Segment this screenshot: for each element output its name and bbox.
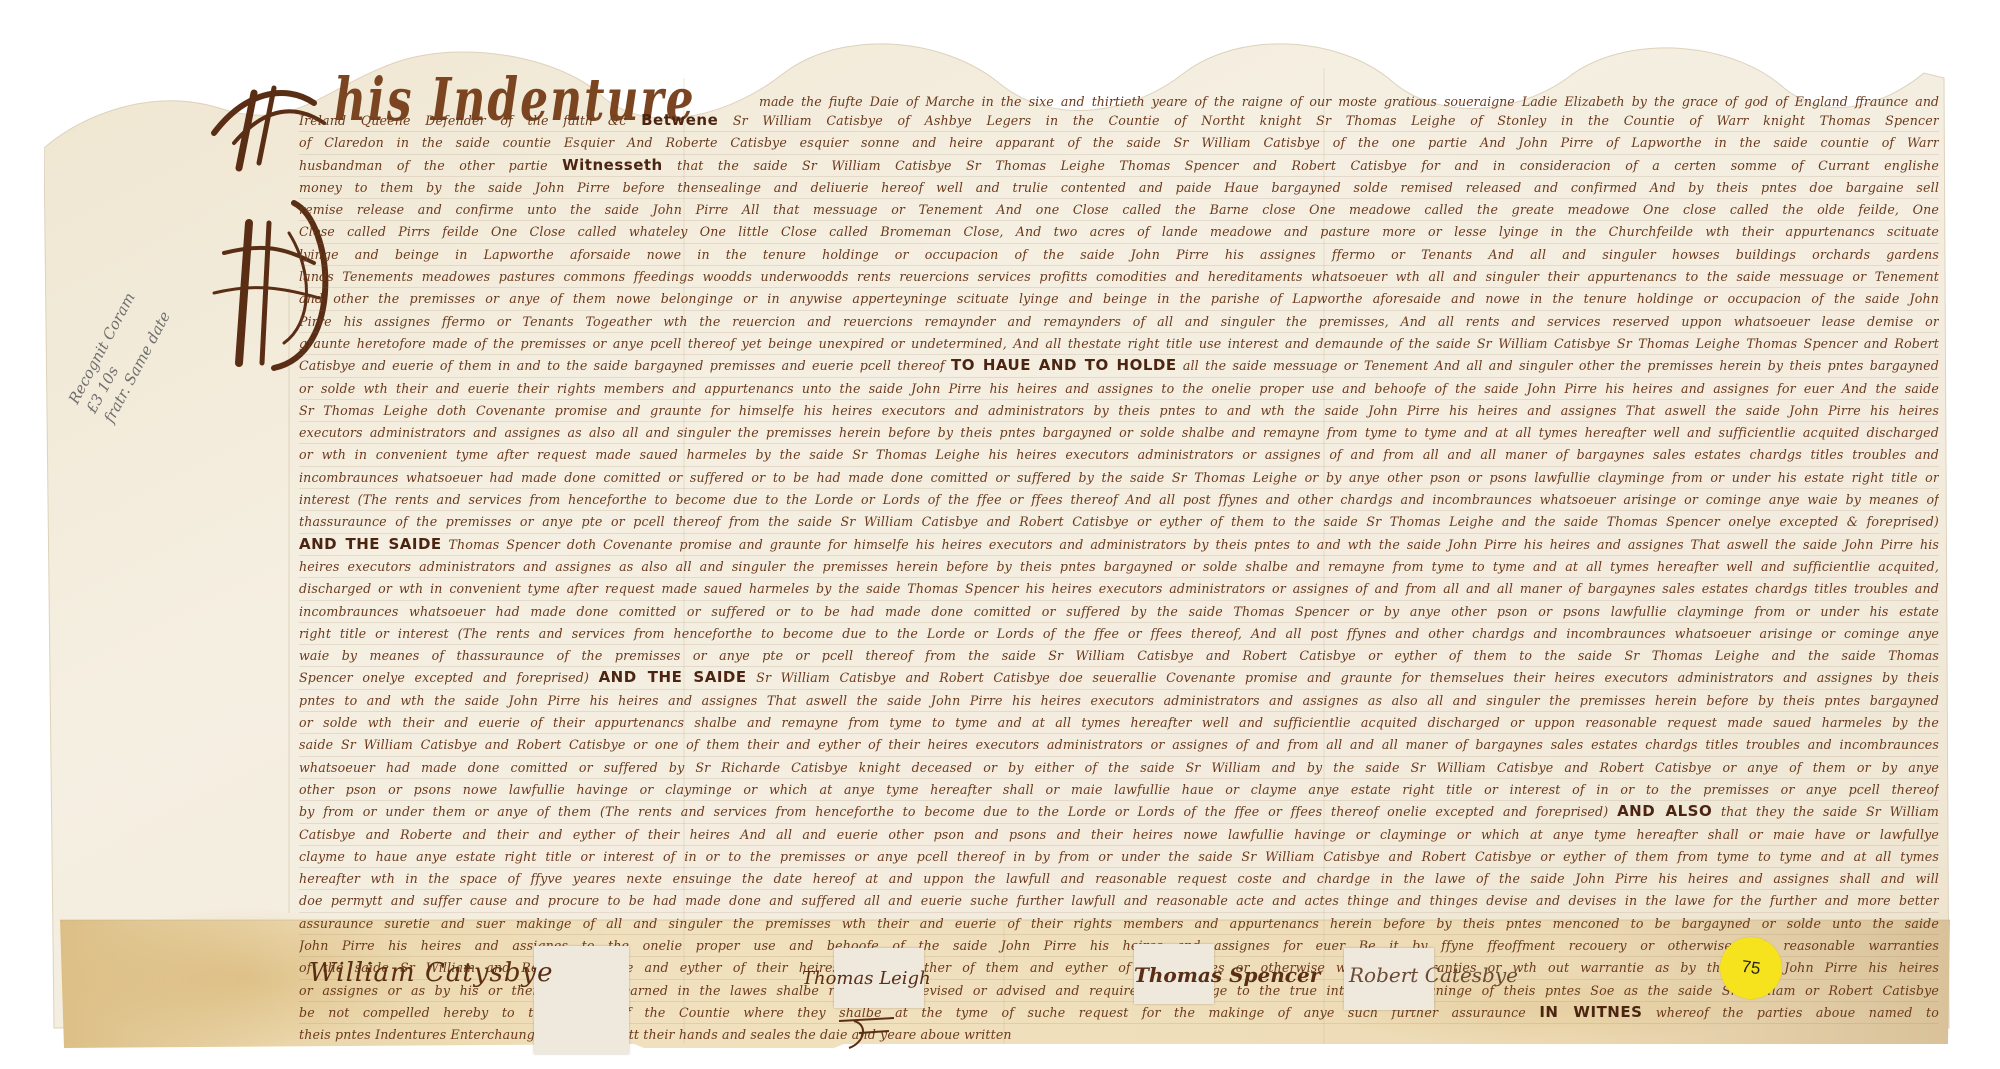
lot-number: 75 — [1740, 957, 1762, 979]
text-line: discharged or wth in convenient tyme aft… — [299, 578, 1939, 600]
text-line: interest (The rents and services from he… — [299, 489, 1939, 511]
text-line: Pirre his assignes ffermo or Tenants Tog… — [299, 311, 1939, 333]
text-line: doe permytt and suffer cause and procure… — [299, 890, 1939, 912]
text-line: Catisbye and Roberte and their and eythe… — [299, 824, 1939, 846]
text-line: incombraunces whatsoeuer had made done c… — [299, 467, 1939, 489]
signature-thomas-leigh: Thomas Leigh — [802, 968, 931, 989]
text-line: right title or interest (The rents and s… — [299, 623, 1939, 645]
indenture-body-text: Ireland Queene Defender of the faith &c … — [299, 110, 1939, 1045]
text-line: executors administrators and assignes as… — [299, 422, 1939, 444]
indenture-document: T his Indenture made the fiufte Daie of … — [44, 18, 1960, 1048]
text-line: pntes to and wth the saide John Pirre hi… — [299, 690, 1939, 712]
text-line: and other the premisses or anye of them … — [299, 288, 1939, 310]
text-line: thassuraunce of the premisses or anye pt… — [299, 511, 1939, 533]
text-line: of Claredon in the saide countie Esquier… — [299, 132, 1939, 154]
text-line: saide Sr William Catisbye and Robert Cat… — [299, 734, 1939, 756]
emphasized-phrase: AND THE SAIDE — [299, 535, 442, 553]
emphasized-phrase: AND ALSO — [1617, 802, 1712, 820]
text-line: heires executors administrators and assi… — [299, 556, 1939, 578]
emphasized-phrase: TO HAUE AND TO HOLDE — [951, 356, 1177, 374]
text-line: or solde wth their and euerie of their a… — [299, 712, 1939, 734]
text-line: or wth in convenient tyme after request … — [299, 444, 1939, 466]
text-line: whatsoeuer had made done comitted or suf… — [299, 757, 1939, 779]
text-line: or solde wth their and euerie their righ… — [299, 378, 1939, 400]
text-line: Spencer onelye excepted and foreprised) … — [299, 667, 1939, 689]
text-line: husbandman of the other partie Witnesset… — [299, 155, 1939, 177]
text-line: assuraunce suretie and suer makinge of a… — [299, 913, 1939, 935]
emphasized-phrase: Betwene — [641, 111, 718, 129]
text-line: graunte heretofore made of the premisses… — [299, 333, 1939, 355]
text-line: AND THE SAIDE Thomas Spencer doth Covena… — [299, 534, 1939, 556]
text-line: incombraunces whatsoeuer had made done c… — [299, 601, 1939, 623]
text-line: money to them by the saide John Pirre be… — [299, 177, 1939, 199]
text-line: Catisbye and euerie of them in and to th… — [299, 355, 1939, 377]
text-line: waie by meanes of thassuraunce of the pr… — [299, 645, 1939, 667]
text-line: lyinge and beinge in Lapworthe aforsaide… — [299, 244, 1939, 266]
text-line: Sr Thomas Leighe doth Covenante promise … — [299, 400, 1939, 422]
text-line: Ireland Queene Defender of the faith &c … — [299, 110, 1939, 132]
opening-line: made the fiufte Daie of Marche in the si… — [759, 94, 1939, 109]
emphasized-phrase: IN WITNES — [1539, 1003, 1642, 1021]
text-line: by from or under them or anye of them (T… — [299, 801, 1939, 823]
text-line: lands Tenements meadowes pastures common… — [299, 266, 1939, 288]
emphasized-phrase: Witnesseth — [562, 156, 663, 174]
text-line: Close called Pirrs feilde One Close call… — [299, 221, 1939, 243]
text-line: hereafter wth in the space of ffyve year… — [299, 868, 1939, 890]
text-line: other pson or psons nowe lawfullie havin… — [299, 779, 1939, 801]
signature-thomas-spencer: Thomas Spencer — [1134, 963, 1320, 987]
signature-robert-catesby: Robert Catesbye — [1349, 963, 1518, 987]
text-line: remise release and confirme unto the sai… — [299, 199, 1939, 221]
signature-william-catesby: William Catysbye — [309, 958, 554, 988]
signature-flourish-icon — [834, 1013, 904, 1053]
emphasized-phrase: AND THE SAIDE — [599, 668, 747, 686]
text-line: clayme to haue anye estate right title o… — [299, 846, 1939, 868]
